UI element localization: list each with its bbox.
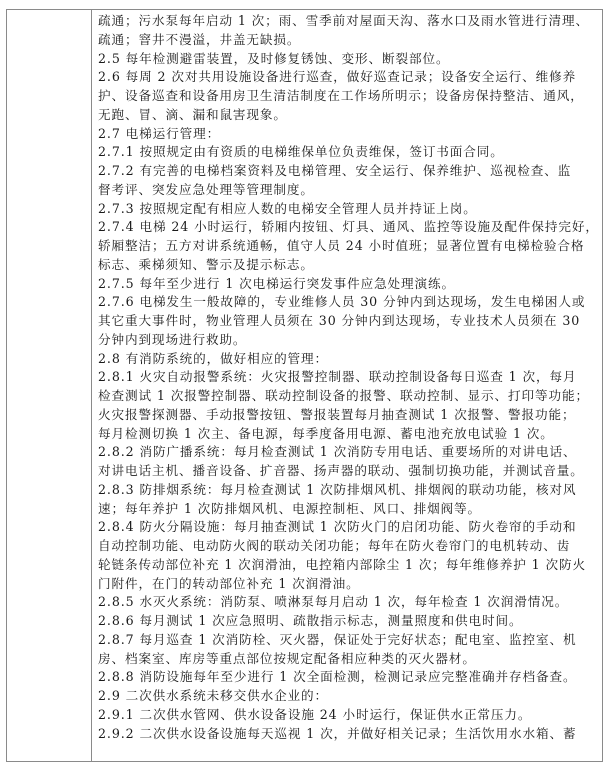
text-line: 2.9.2 二次供水设备设施每天巡视 1 次，并做好相关记录；生活饮用水水箱、蓄 bbox=[98, 725, 598, 744]
text-line: 2.7.1 按照规定由有资质的电梯维保单位负责维保，签订书面合同。 bbox=[98, 143, 598, 162]
text-line: 护、设备巡查和设备用房卫生清洁制度在工作场所明示；设备房保持整洁、通风， bbox=[98, 87, 598, 106]
document-table: 疏通；污水泵每年启动 1 次；雨、雪季前对屋面天沟、落水口及雨水管进行清理、疏通… bbox=[6, 9, 603, 762]
text-line: 2.9 二次供水系统未移交供水企业的： bbox=[98, 687, 598, 706]
text-line: 2.7.3 按照规定配有相应人数的电梯安全管理人员并持证上岗。 bbox=[98, 200, 598, 219]
text-line: 2.8.2 消防广播系统：每月检查测试 1 次消防专用电话、重要场所的对讲电话、 bbox=[98, 443, 598, 462]
text-line: 2.7.4 电梯 24 小时运行，轿厢内按钮、灯具、通风、监控等设施及配件保持完… bbox=[98, 218, 598, 237]
text-line: 对讲电话主机、播音设备、扩音器、扬声器的联动、强制切换功能，并测试音量。 bbox=[98, 462, 598, 481]
text-line: 2.8.5 水灭火系统：消防泵、喷淋泵每月启动 1 次，每年检查 1 次润滑情况… bbox=[98, 593, 598, 612]
text-line: 2.8.4 防火分隔设施：每月抽查测试 1 次防火门的启闭功能、防火卷帘的手动和 bbox=[98, 518, 598, 537]
text-line: 分钟内到现场进行救助。 bbox=[98, 331, 598, 350]
text-line: 火灾报警探测器、手动报警按钮、警报装置每月抽查测试 1 次报警、警报功能； bbox=[98, 406, 598, 425]
table-left-cell bbox=[7, 10, 92, 761]
text-line: 2.9.1 二次供水管网、供水设备设施 24 小时运行，保证供水正常压力。 bbox=[98, 706, 598, 725]
text-line: 2.5 每年检测避雷装置，及时修复锈蚀、变形、断裂部位。 bbox=[98, 50, 598, 69]
text-line: 速；每年养护 1 次防排烟风机、电源控制柜、风口、排烟阀等。 bbox=[98, 500, 598, 519]
text-line: 2.7.2 有完善的电梯档案资料及电梯管理、安全运行、保养维护、巡视检查、监 bbox=[98, 162, 598, 181]
text-line: 2.8.6 每月测试 1 次应急照明、疏散指示标志，测量照度和供电时间。 bbox=[98, 612, 598, 631]
table-content-cell: 疏通；污水泵每年启动 1 次；雨、雪季前对屋面天沟、落水口及雨水管进行清理、疏通… bbox=[92, 10, 602, 761]
text-line: 轮链条传动部位补充 1 次润滑油，电控箱内部除尘 1 次；每年维修养护 1 次防… bbox=[98, 556, 598, 575]
text-line: 其它重大事件时，物业管理人员须在 30 分钟内到达现场，专业技术人员须在 30 bbox=[98, 312, 598, 331]
text-line: 每月检测切换 1 次主、备电源，每季度备用电源、蓄电池充放电试验 1 次。 bbox=[98, 425, 598, 444]
text-line: 自动控制功能、电动防火阀的联动关闭功能；每年在防火卷帘门的电机转动、齿 bbox=[98, 537, 598, 556]
text-line: 疏通；窨井不漫溢，井盖无缺损。 bbox=[98, 31, 598, 50]
text-line: 2.8.3 防排烟系统：每月检查测试 1 次防排烟风机、排烟阀的联动功能，核对风 bbox=[98, 481, 598, 500]
text-line: 2.8 有消防系统的，做好相应的管理： bbox=[98, 350, 598, 369]
text-line: 2.6 每周 2 次对共用设施设备进行巡查，做好巡查记录；设备安全运行、维修养 bbox=[98, 68, 598, 87]
text-line: 标志、乘梯须知、警示及提示标志。 bbox=[98, 256, 598, 275]
text-line: 轿厢整洁；五方对讲系统通畅，值守人员 24 小时值班；显著位置有电梯检验合格 bbox=[98, 237, 598, 256]
text-line: 门附件，在门的转动部位补充 1 次润滑油。 bbox=[98, 575, 598, 594]
text-line: 2.7.5 每年至少进行 1 次电梯运行突发事件应急处理演练。 bbox=[98, 275, 598, 294]
text-line: 2.7 电梯运行管理： bbox=[98, 125, 598, 144]
text-line: 检查测试 1 次报警控制器、联动控制设备的报警、联动控制、显示、打印等功能； bbox=[98, 387, 598, 406]
text-line: 2.8.7 每月巡查 1 次消防栓、灭火器，保证处于完好状态；配电室、监控室、机 bbox=[98, 631, 598, 650]
text-line: 督考评、突发应急处理等管理制度。 bbox=[98, 181, 598, 200]
text-line: 2.8.1 火灾自动报警系统：火灾报警控制器、联动控制设备每日巡查 1 次，每月 bbox=[98, 368, 598, 387]
text-line: 无跑、冒、滴、漏和鼠害现象。 bbox=[98, 106, 598, 125]
text-line: 房、档案室、库房等重点部位按规定配备相应种类的灭火器材。 bbox=[98, 650, 598, 669]
text-line: 2.8.8 消防设施每年至少进行 1 次全面检测，检测记录应完整准确并存档备查。 bbox=[98, 668, 598, 687]
text-line: 疏通；污水泵每年启动 1 次；雨、雪季前对屋面天沟、落水口及雨水管进行清理、 bbox=[98, 12, 598, 31]
text-line: 2.7.6 电梯发生一般故障的，专业维修人员 30 分钟内到达现场，发生电梯困人… bbox=[98, 293, 598, 312]
